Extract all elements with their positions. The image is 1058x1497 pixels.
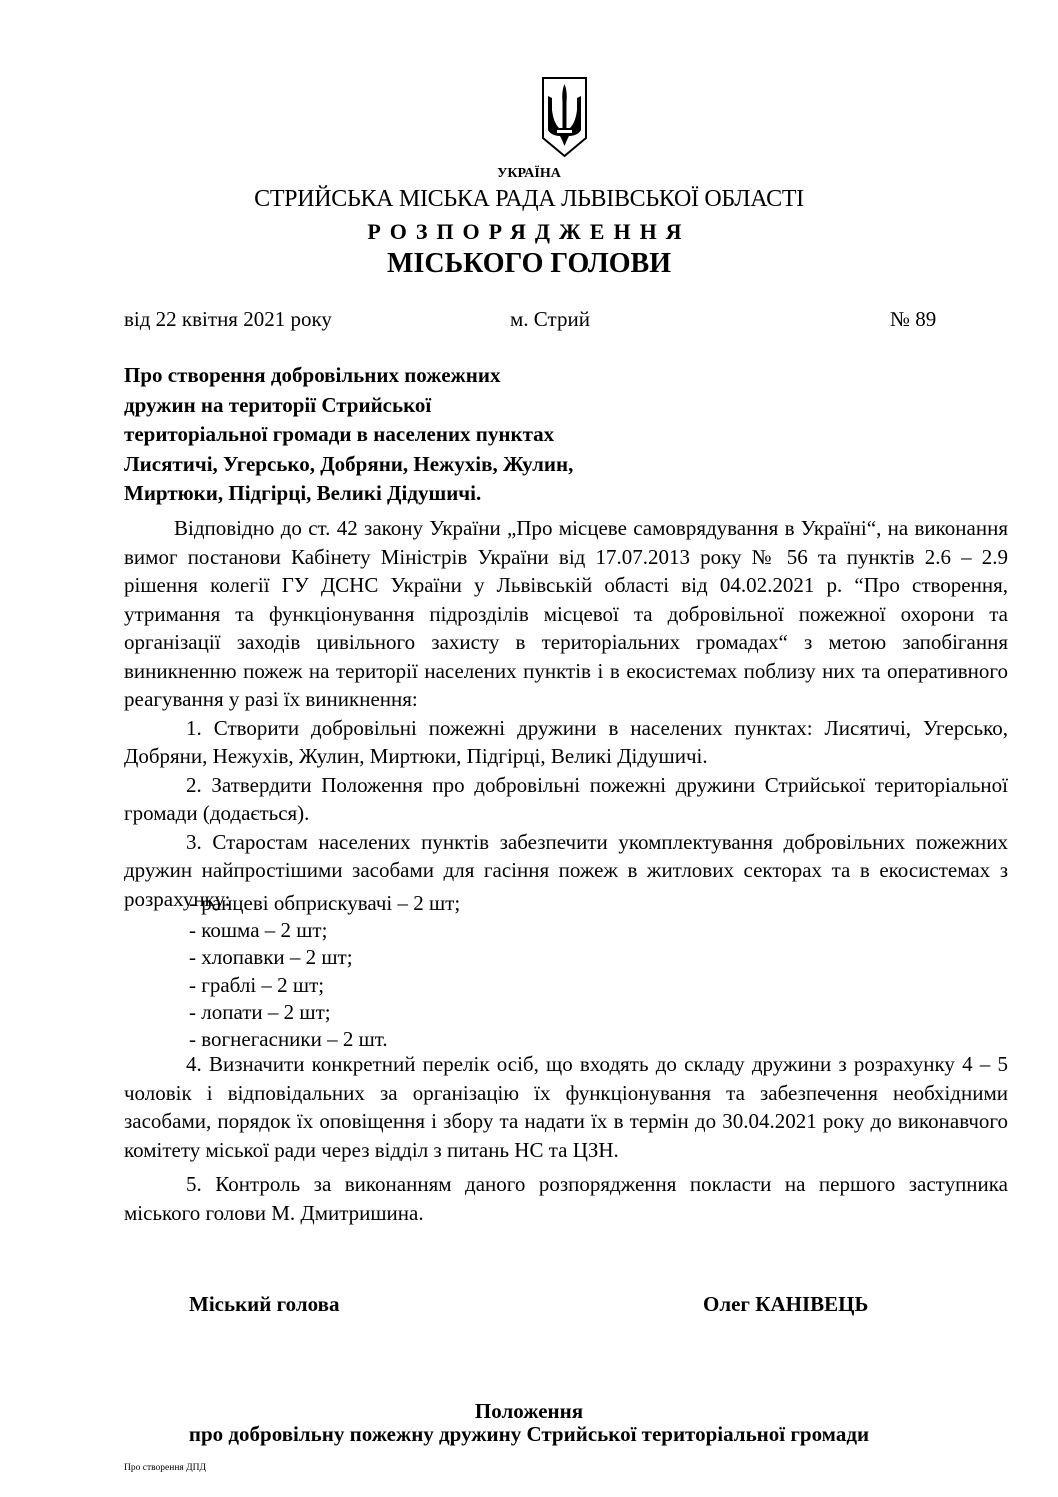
document-type: РОЗПОРЯДЖЕННЯ <box>0 219 1058 245</box>
country-heading: УКРАЇНА <box>0 166 1058 182</box>
subject-line: Миртюки, Підгірці, Великі Дідушичі. <box>124 479 644 509</box>
equipment-item: - хлопавки – 2 шт; <box>189 944 460 971</box>
order-item-1: 1. Створити добровільні пожежні дружини … <box>124 714 1008 771</box>
equipment-item: - граблі – 2 шт; <box>189 972 460 999</box>
equipment-item: - кошма – 2 шт; <box>189 917 460 944</box>
preamble-paragraph: Відповідно до ст. 42 закону України „Про… <box>124 514 1008 714</box>
equipment-item: - ранцеві обприскувачі – 2 шт; <box>189 890 460 917</box>
ukraine-coat-of-arms-icon <box>541 76 588 158</box>
document-subject: Про створення добровільних пожежних друж… <box>124 361 644 509</box>
signature-position: Міський голова <box>189 1292 339 1317</box>
order-item-4: 4. Визначити конкретний перелік осіб, що… <box>124 1050 1008 1164</box>
subject-line: Про створення добровільних пожежних <box>124 361 644 391</box>
council-name: СТРИЙСЬКА МІСЬКА РАДА ЛЬВІВСЬКОЇ ОБЛАСТІ <box>0 186 1058 213</box>
document-date: від 22 квітня 2021 року <box>124 307 332 332</box>
order-item-2: 2. Затвердити Положення про добровільні … <box>124 771 1008 828</box>
annex-title: Положення <box>0 1399 1058 1424</box>
equipment-item: - лопати – 2 шт; <box>189 999 460 1026</box>
document-author: МІСЬКОГО ГОЛОВИ <box>0 248 1058 280</box>
subject-line: дружин на території Стрийської <box>124 391 644 421</box>
subject-line: Лисятичі, Угерсько, Добряни, Нежухів, Жу… <box>124 450 644 480</box>
signature-name: Олег КАНІВЕЦЬ <box>703 1292 868 1317</box>
order-item-5: 5. Контроль за виконанням даного розпоря… <box>124 1170 1008 1227</box>
document-body-continued: 4. Визначити конкретний перелік осіб, що… <box>124 1050 1008 1227</box>
equipment-list: - ранцеві обприскувачі – 2 шт; - кошма –… <box>189 890 460 1053</box>
document-number: № 89 <box>890 307 936 332</box>
page-footer: Про створення ДПД <box>124 1463 206 1473</box>
document-city: м. Стрий <box>510 307 590 332</box>
document-body: Відповідно до ст. 42 закону України „Про… <box>124 514 1008 913</box>
annex-subtitle: про добровільну пожежну дружину Стрийськ… <box>0 1422 1058 1447</box>
subject-line: територіальної громади в населених пункт… <box>124 420 644 450</box>
